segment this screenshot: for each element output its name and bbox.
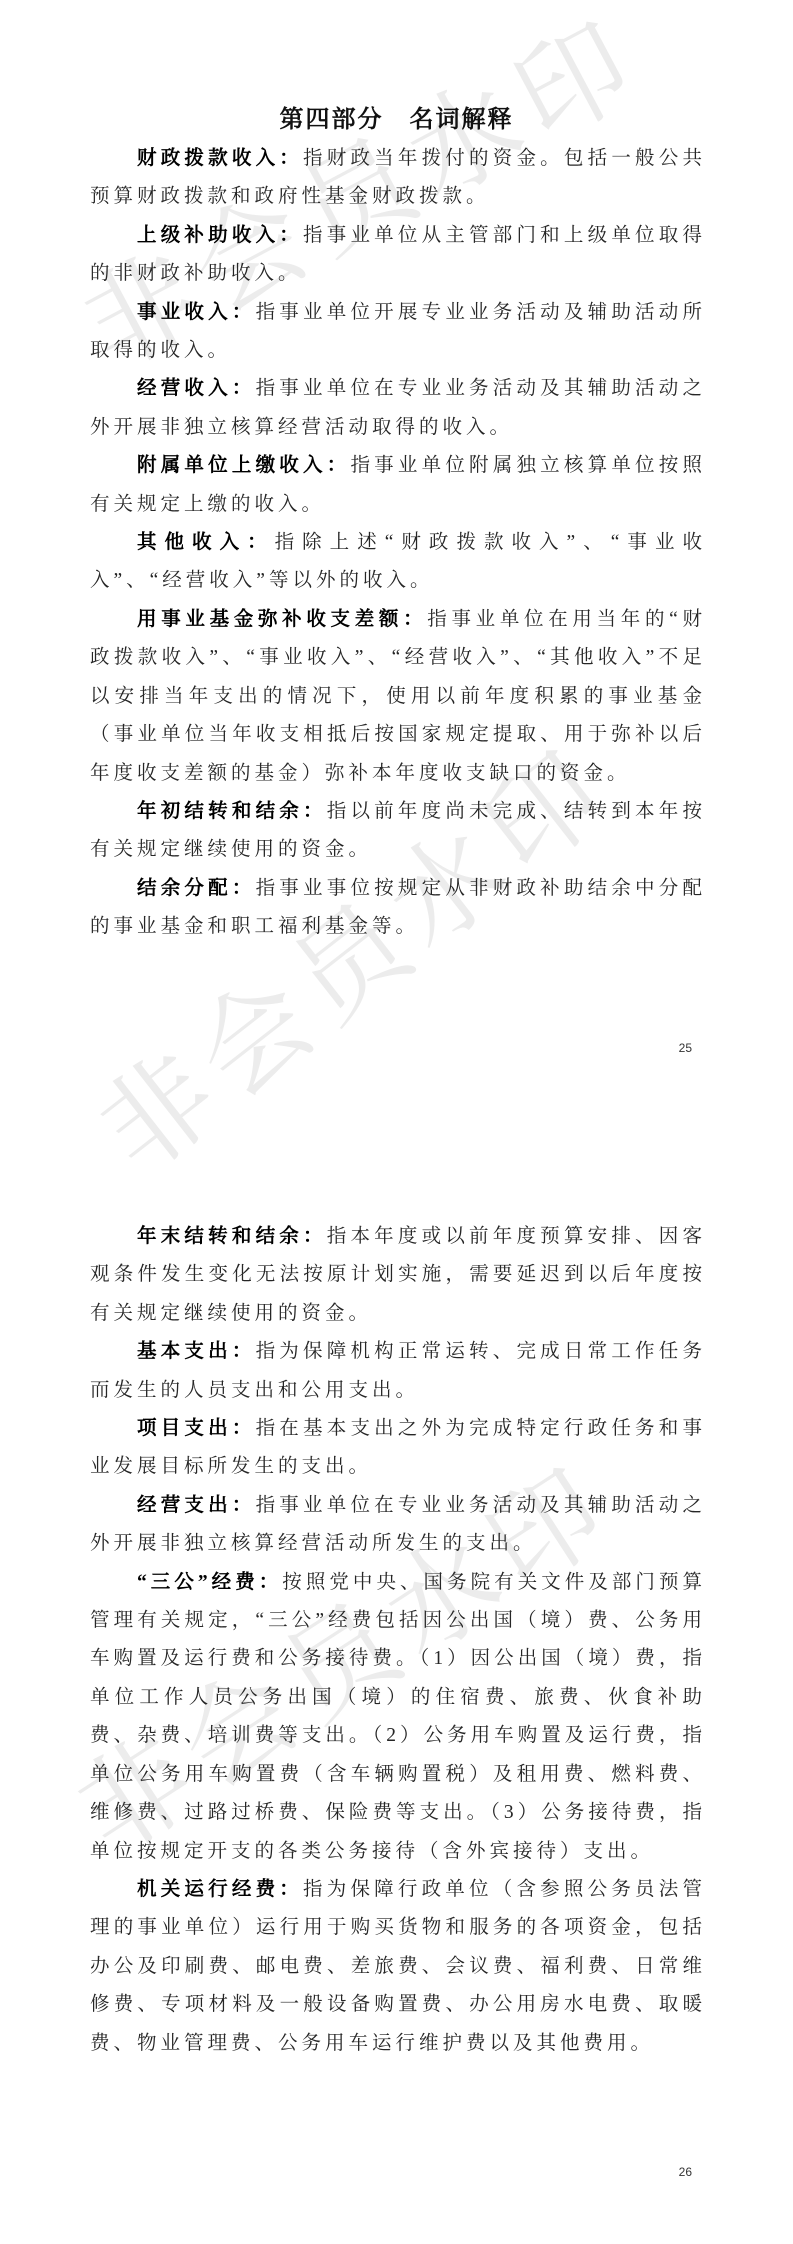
term-label: 机关运行经费： [137,1879,303,1900]
term-label: 项目支出： [137,1418,256,1439]
term-label: 事业收入： [137,302,256,323]
definition-paragraph: 年初结转和结余：指以前年度尚未完成、结转到本年按有关规定继续使用的资金。 [90,793,706,870]
definition-paragraph: 事业收入：指事业单位开展专业业务活动及辅助活动所取得的收入。 [90,294,706,371]
definition-paragraph: 经营支出：指事业单位在专业业务活动及其辅助活动之外开展非独立核算经营活动所发生的… [90,1487,706,1564]
page-number: 25 [679,1041,692,1055]
definition-paragraph: 附属单位上缴收入：指事业单位附属独立核算单位按照有关规定上缴的收入。 [90,447,706,524]
definition-text: 指事业单位在用当年的“财政拨款收入”、“事业收入”、“经营收入”、“其他收入”不… [90,609,706,784]
page-1-body: 财政拨款收入：指财政当年拨付的资金。包括一般公共预算财政拨款和政府性基金财政拨款… [90,140,706,947]
page-1: 第四部分 名词解释 财政拨款收入：指财政当年拨付的资金。包括一般公共预算财政拨款… [0,0,793,1122]
page-number: 26 [679,2165,692,2179]
definition-paragraph: “三公”经费：按照党中央、国务院有关文件及部门预算管理有关规定，“三公”经费包括… [90,1564,706,1871]
page-2-body: 年末结转和结余：指本年度或以前年度预算安排、因客观条件发生变化无法按原计划实施，… [90,1218,706,2063]
definition-paragraph: 财政拨款收入：指财政当年拨付的资金。包括一般公共预算财政拨款和政府性基金财政拨款… [90,140,706,217]
term-label: 年末结转和结余： [137,1226,327,1247]
definition-paragraph: 基本支出：指为保障机构正常运转、完成日常工作任务而发生的人员支出和公用支出。 [90,1333,706,1410]
term-label: 附属单位上缴收入： [137,455,350,476]
definition-paragraph: 结余分配：指事业事位按规定从非财政补助结余中分配的事业基金和职工福利基金等。 [90,870,706,947]
term-label: 用事业基金弥补收支差额： [137,609,427,630]
definition-paragraph: 用事业基金弥补收支差额：指事业单位在用当年的“财政拨款收入”、“事业收入”、“经… [90,601,706,793]
definition-text: 按照党中央、国务院有关文件及部门预算管理有关规定，“三公”经费包括因公出国（境）… [90,1572,706,1862]
term-label: “三公”经费： [137,1572,282,1593]
definition-paragraph: 其他收入：指除上述“财政拨款收入”、“事业收入”、“经营收入”等以外的收入。 [90,524,706,601]
definition-paragraph: 项目支出：指在基本支出之外为完成特定行政任务和事业发展目标所发生的支出。 [90,1410,706,1487]
document-canvas: 非会员水印 非会员水印 非会员水印 第四部分 名词解释 财政拨款收入：指财政当年… [0,0,793,2244]
term-label: 经营支出： [137,1495,256,1516]
definition-paragraph: 年末结转和结余：指本年度或以前年度预算安排、因客观条件发生变化无法按原计划实施，… [90,1218,706,1333]
term-label: 年初结转和结余： [137,801,327,822]
term-label: 结余分配： [137,878,256,899]
definition-text: 指为保障行政单位（含参照公务员法管理的事业单位）运行用于购买货物和服务的各项资金… [90,1879,706,2054]
section-title: 第四部分 名词解释 [0,99,793,134]
term-label: 上级补助收入： [137,225,303,246]
term-label: 其他收入： [137,532,275,553]
definition-paragraph: 经营收入：指事业单位在专业业务活动及其辅助活动之外开展非独立核算经营活动取得的收… [90,370,706,447]
term-label: 经营收入： [137,378,256,399]
term-label: 财政拨款收入： [137,148,303,169]
term-label: 基本支出： [137,1341,256,1362]
definition-paragraph: 上级补助收入：指事业单位从主管部门和上级单位取得的非财政补助收入。 [90,217,706,294]
definition-paragraph: 机关运行经费：指为保障行政单位（含参照公务员法管理的事业单位）运行用于购买货物和… [90,1871,706,2063]
page-2: 年末结转和结余：指本年度或以前年度预算安排、因客观条件发生变化无法按原计划实施，… [0,1122,793,2244]
